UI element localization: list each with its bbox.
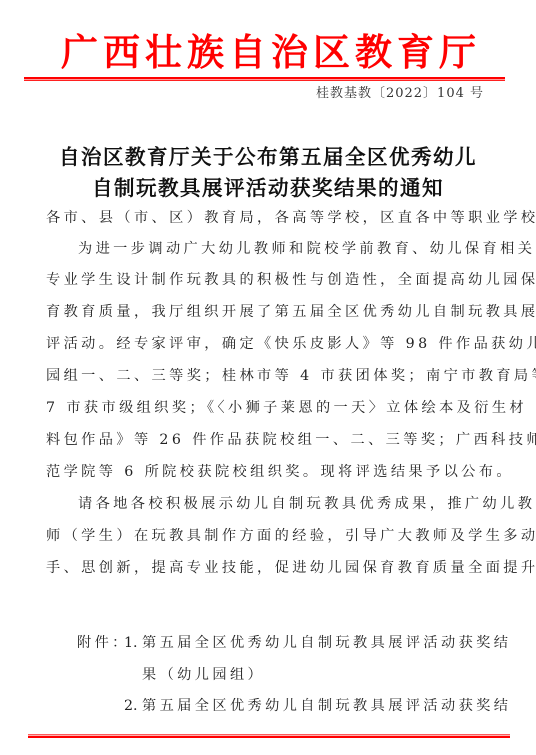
paragraph-1-line: 园组一、二、三等奖；桂林市等 4 市获团体奖；南宁市教育局等 xyxy=(46,366,536,386)
document-title-line-2: 自制玩教具展评活动获奖结果的通知 xyxy=(0,175,536,201)
issuing-agency-header: 广西壮族自治区教育厅 xyxy=(0,30,536,74)
attachments-label: 附件： xyxy=(77,633,130,653)
paragraph-2-line: 师（学生）在玩教具制作方面的经验，引导广大教师及学生多动 xyxy=(46,526,536,546)
paragraph-1-line: 料包作品》等 26 件作品获院校组一、二、三等奖；广西科技师 xyxy=(46,430,536,450)
document-title-line-1: 自治区教育厅关于公布第五届全区优秀幼儿 xyxy=(0,144,536,170)
paragraph-1-line: 评活动。经专家评审，确定《快乐皮影人》等 98 件作品获幼儿 xyxy=(46,334,536,354)
attachment-2-number: 2. xyxy=(124,696,138,716)
document-number: 桂教基教〔2022〕104 号 xyxy=(316,85,484,103)
paragraph-1-line: 7 市获市级组织奖；《〈小狮子莱恩的一天〉立体绘本及衍生材 xyxy=(46,398,527,418)
attachment-2-title: 第五届全区优秀幼儿自制玩教具展评活动获奖结 xyxy=(142,696,511,716)
red-footer-rule xyxy=(28,734,510,738)
attachment-1-title: 第五届全区优秀幼儿自制玩教具展评活动获奖结 xyxy=(142,633,511,653)
red-header-rule xyxy=(24,77,505,81)
paragraph-1-line: 育教育质量，我厅组织开展了第五届全区优秀幼儿自制玩教具展 xyxy=(46,302,536,322)
paragraph-1-line: 专业学生设计制作玩教具的积极性与创造性，全面提高幼儿园保 xyxy=(46,270,536,290)
paragraph-1-line: 为进一步调动广大幼儿教师和院校学前教育、幼儿保育相关 xyxy=(78,239,535,259)
attachment-1-number: 1. xyxy=(124,633,138,653)
paragraph-2-line: 请各地各校积极展示幼儿自制玩教具优秀成果，推广幼儿教 xyxy=(78,494,535,514)
salutation: 各市、县（市、区）教育局，各高等学校，区直各中等职业学校： xyxy=(46,208,536,228)
attachment-1-title-continued: 果（幼儿园组） xyxy=(142,665,265,685)
paragraph-2-line: 手、思创新，提高专业技能，促进幼儿园保育教育质量全面提升。 xyxy=(46,558,536,578)
paragraph-1-line: 范学院等 6 所院校获院校组织奖。现将评选结果予以公布。 xyxy=(46,462,514,482)
